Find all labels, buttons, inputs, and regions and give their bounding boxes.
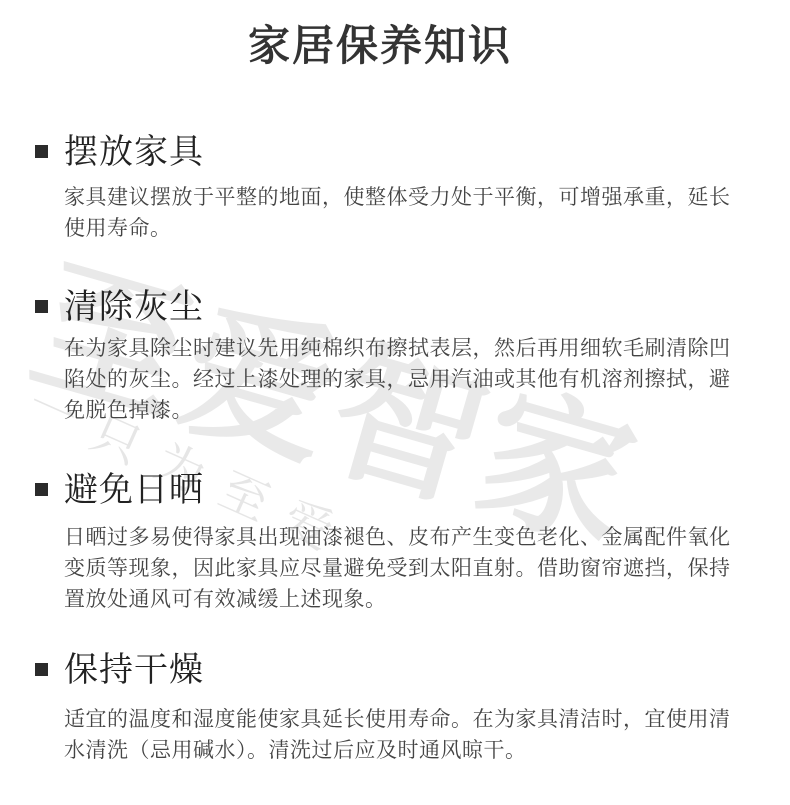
square-bullet-icon (35, 300, 48, 313)
section-body: 日晒过多易使得家具出现油漆褪色、皮布产生变色老化、金属配件氧化变质等现象，因此家… (64, 522, 734, 615)
section-title: 避免日晒 (64, 466, 204, 514)
section-title: 保持干燥 (64, 646, 204, 694)
section-body: 家具建议摆放于平整的地面，使整体受力处于平衡，可增强承重，延长使用寿命。 (64, 182, 734, 244)
square-bullet-icon (35, 145, 48, 158)
section-sun-protection: 避免日晒 日晒过多易使得家具出现油漆褪色、皮布产生变色老化、金属配件氧化变质等现… (0, 466, 790, 615)
section-title: 清除灰尘 (64, 283, 204, 331)
square-bullet-icon (35, 663, 48, 676)
section-dusting: 清除灰尘 在为家具除尘时建议先用纯棉织布擦拭表层，然后再用细软毛刷清除凹陷处的灰… (0, 283, 790, 426)
section-header: 避免日晒 (0, 466, 790, 514)
square-bullet-icon (35, 483, 48, 496)
section-header: 保持干燥 (0, 646, 790, 694)
section-body: 适宜的温度和湿度能使家具延长使用寿命。在为家具清洁时，宜使用清水清洗（忌用碱水）… (64, 704, 734, 766)
section-title: 摆放家具 (64, 128, 204, 176)
page-title: 家居保养知识 (0, 18, 760, 74)
section-keep-dry: 保持干燥 适宜的温度和湿度能使家具延长使用寿命。在为家具清洁时，宜使用清水清洗（… (0, 646, 790, 766)
section-placement: 摆放家具 家具建议摆放于平整的地面，使整体受力处于平衡，可增强承重，延长使用寿命… (0, 128, 790, 244)
section-body: 在为家具除尘时建议先用纯棉织布擦拭表层，然后再用细软毛刷清除凹陷处的灰尘。经过上… (64, 333, 734, 426)
section-header: 清除灰尘 (0, 283, 790, 331)
section-header: 摆放家具 (0, 128, 790, 176)
